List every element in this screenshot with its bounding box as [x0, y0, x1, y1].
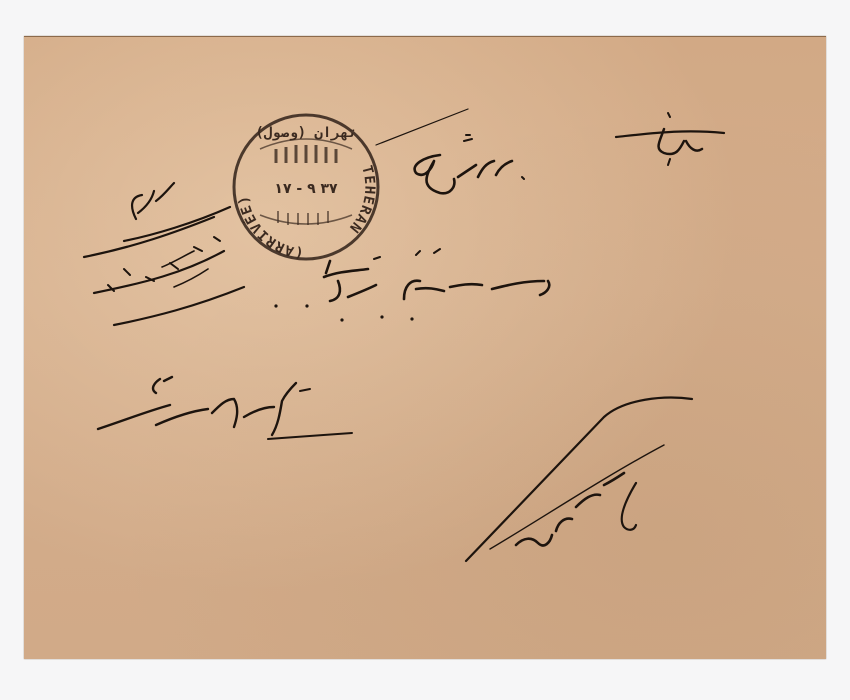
postmark-date: ۱۷ - ۹ ۳۷ — [274, 181, 338, 197]
handwriting-address — [274, 249, 549, 322]
postmark-persian-header: تهران (وصول) — [255, 125, 356, 141]
handwriting-sender — [98, 377, 352, 439]
handwriting-recipient-city — [616, 113, 724, 165]
postmark: ۱۷ - ۹ ۳۷ تهران (وصول) TEHERAN (ARRIVÉE) — [234, 115, 378, 261]
pen-stroke — [376, 109, 468, 145]
postmark-city: TEHERAN — [345, 164, 377, 236]
postmark-top-bars — [276, 145, 336, 163]
handwriting-location — [415, 135, 524, 193]
envelope-ink-layer: ۱۷ - ۹ ۳۷ تهران (وصول) TEHERAN (ARRIVÉE) — [24, 37, 826, 659]
handwriting-margin-note — [84, 183, 244, 325]
envelope: ۱۷ - ۹ ۳۷ تهران (وصول) TEHERAN (ARRIVÉE) — [24, 36, 826, 659]
handwriting-signature — [466, 398, 692, 561]
